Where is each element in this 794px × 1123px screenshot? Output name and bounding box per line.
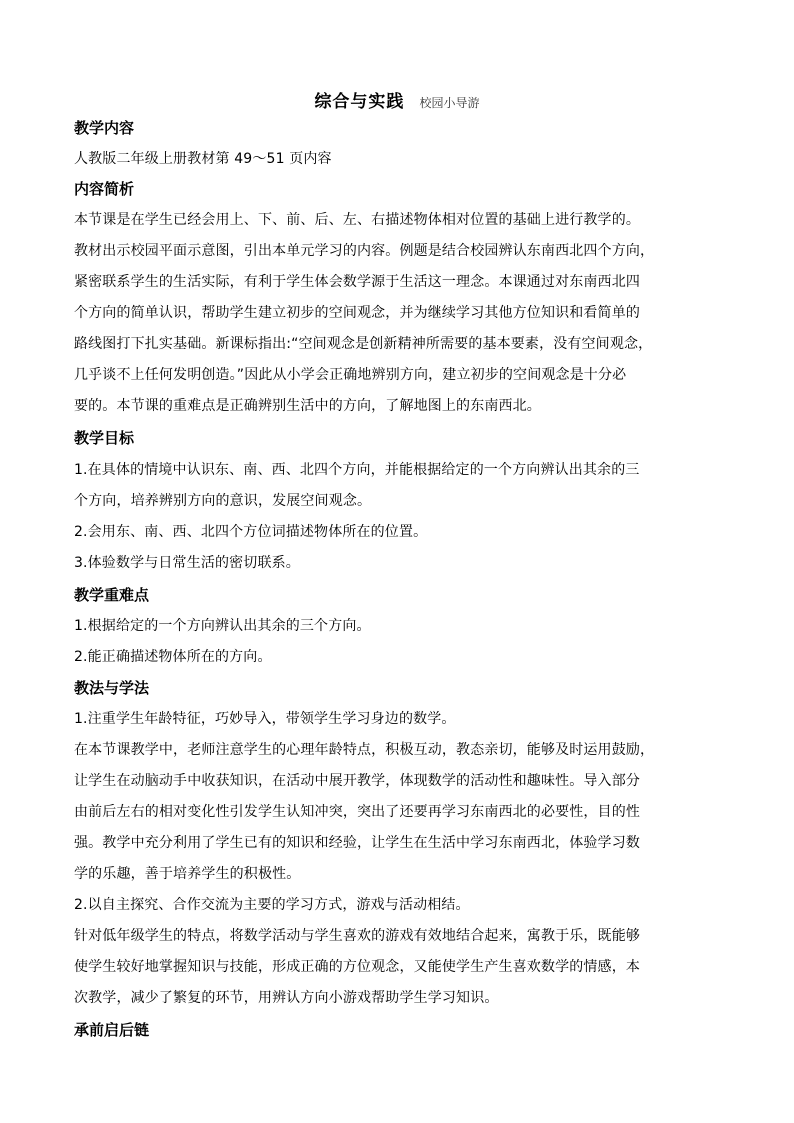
paragraph-line: 2.会用东、南、西、北四个方位词描述物体所在的位置。 bbox=[74, 522, 427, 542]
paragraph-line: 本节课是在学生已经会用上、下、前、后、左、右描述物体相对位置的基础上进行教学的。 bbox=[74, 210, 640, 230]
paragraph-line: 次教学，减少了繁复的环节，用辨认方向小游戏帮助学生学习知识。 bbox=[74, 988, 499, 1008]
paragraph-line: 强。教学中充分利用了学生已有的知识和经验，让学生在生活中学习东南西北，体验学习数 bbox=[74, 833, 640, 853]
section-heading-teaching-goals: 教学目标 bbox=[74, 428, 134, 448]
paragraph-line: 学的乐趣，善于培养学生的积极性。 bbox=[74, 864, 300, 884]
section-heading-key-difficulties: 教学重难点 bbox=[74, 585, 149, 605]
paragraph-line: 要的。本节课的重难点是正确辨别生活中的方向，了解地图上的东南西北。 bbox=[74, 396, 541, 416]
paragraph-line: 2.以自主探究、合作交流为主要的学习方式，游戏与活动相结。 bbox=[74, 895, 470, 915]
paragraph-line: 让学生在动脑动手中收获知识，在活动中展开教学，体现数学的活动性和趣味性。导入部分 bbox=[74, 771, 640, 791]
document-title: 综合与实践 bbox=[314, 92, 404, 112]
document-page: 综合与实践 校园小导游 教学内容 人教版二年级上册教材第 49～51 页内容 内… bbox=[0, 0, 794, 1123]
paragraph-line: 针对低年级学生的特点，将数学活动与学生喜欢的游戏有效地结合起来，寓教于乐，既能够 bbox=[74, 926, 640, 946]
paragraph-line: 使学生较好地掌握知识与技能，形成正确的方位观念，又能使学生产生喜欢数学的情感，本 bbox=[74, 957, 640, 977]
section-heading-continuity-chain: 承前启后链 bbox=[74, 1020, 149, 1040]
paragraph-line: 几乎谈不上任何发明创造。”因此从小学会正确地辨别方向，建立初步的空间观念是十分必 bbox=[74, 365, 626, 385]
paragraph-line: 个方向的简单认识，帮助学生建立初步的空间观念，并为继续学习其他方位知识和看简单的 bbox=[74, 303, 640, 323]
section-heading-teaching-content: 教学内容 bbox=[74, 118, 134, 138]
paragraph-line: 3.体验数学与日常生活的密切联系。 bbox=[74, 553, 300, 573]
paragraph-line: 1.注重学生年龄特征，巧妙导入，带领学生学习身边的数学。 bbox=[74, 709, 456, 729]
paragraph-line: 由前后左右的相对变化性引发学生认知冲突，突出了还要再学习东南西北的必要性，目的性 bbox=[74, 802, 640, 822]
document-subtitle: 校园小导游 bbox=[420, 96, 480, 110]
paragraph-line: 在本节课教学中，老师注意学生的心理年龄特点，积极互动，教态亲切，能够及时运用鼓励… bbox=[74, 740, 654, 760]
paragraph-line: 路线图打下扎实基础。新课标指出:“空间观念是创新精神所需要的基本要素，没有空间观… bbox=[74, 334, 652, 354]
paragraph-line: 2.能正确描述物体所在的方向。 bbox=[74, 647, 272, 667]
paragraph-line: 人教版二年级上册教材第 49～51 页内容 bbox=[74, 149, 332, 169]
paragraph-line: 1.在具体的情境中认识东、南、西、北四个方向，并能根据给定的一个方向辨认出其余的… bbox=[74, 460, 640, 480]
paragraph-line: 教材出示校园平面示意图，引出本单元学习的内容。例题是结合校园辨认东南西北四个方向… bbox=[74, 241, 654, 261]
paragraph-line: 个方向，培养辨别方向的意识，发展空间观念。 bbox=[74, 491, 371, 511]
document-title-row: 综合与实践 校园小导游 bbox=[0, 87, 794, 112]
paragraph-line: 1.根据给定的一个方向辨认出其余的三个方向。 bbox=[74, 616, 371, 636]
paragraph-line: 紧密联系学生的生活实际，有利于学生体会数学源于生活这一理念。本课通过对东南西北四 bbox=[74, 272, 640, 292]
section-heading-content-analysis: 内容简析 bbox=[74, 179, 134, 199]
section-heading-methods: 教法与学法 bbox=[74, 678, 149, 698]
